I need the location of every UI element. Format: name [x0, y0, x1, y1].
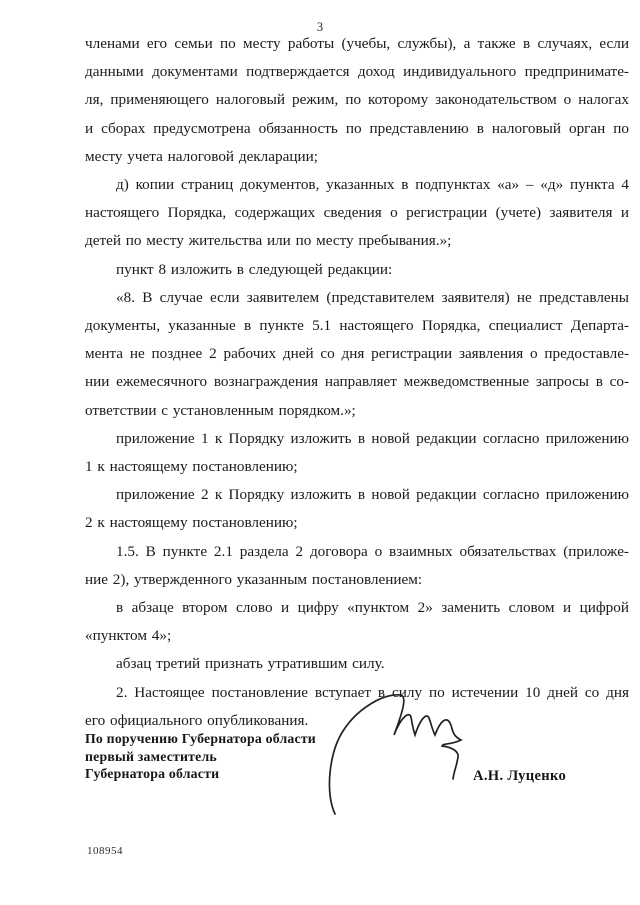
signer-name: А.Н. Луценко	[473, 768, 566, 785]
text-line: 1.5. В пункте 2.1 раздела 2 договора о в…	[85, 538, 629, 566]
text-line: «8. В случае если заявителем (представит…	[85, 284, 629, 312]
text-line: 1 к настоящему постановлению;	[85, 453, 629, 481]
text-line: приложение 1 к Порядку изложить в новой …	[85, 425, 629, 453]
signature-block-line: Губернатора области	[85, 765, 316, 783]
document-body: членами его семьи по месту работы (учебы…	[85, 30, 629, 735]
signature-block: По поручению Губернатора области первый …	[85, 730, 316, 783]
footer-code: 108954	[87, 845, 123, 857]
text-line: д) копии страниц документов, указанных в…	[85, 171, 629, 199]
text-line: ние 2), утвержденного указанным постанов…	[85, 566, 629, 594]
signature-block-line: По поручению Губернатора области	[85, 730, 316, 748]
text-line: ля, применяющего налоговый режим, по кот…	[85, 86, 629, 114]
text-line: документы, указанные в пункте 5.1 настоя…	[85, 312, 629, 340]
signature-block-line: первый заместитель	[85, 748, 316, 766]
text-line: детей по месту жительства или по месту п…	[85, 227, 629, 255]
text-line: ответствии с установленным порядком.»;	[85, 397, 629, 425]
text-line: в абзаце втором слово и цифру «пунктом 2…	[85, 594, 629, 622]
text-line: данными документами подтверждается доход…	[85, 58, 629, 86]
text-line: членами его семьи по месту работы (учебы…	[85, 30, 629, 58]
text-line: месту учета налоговой декларации;	[85, 143, 629, 171]
text-line: мента не позднее 2 рабочих дней со дня р…	[85, 340, 629, 368]
text-line: нии ежемесячного вознаграждения направля…	[85, 368, 629, 396]
text-line: приложение 2 к Порядку изложить в новой …	[85, 481, 629, 509]
document-page: 3 членами его семьи по месту работы (уче…	[0, 0, 640, 905]
text-line: 2 к настоящему постановлению;	[85, 509, 629, 537]
handwritten-signature-icon	[323, 683, 475, 835]
text-line: «пунктом 4»;	[85, 622, 629, 650]
text-line: абзац третий признать утратившим силу.	[85, 650, 629, 678]
text-line: настоящего Порядка, содержащих сведения …	[85, 199, 629, 227]
text-line: пункт 8 изложить в следующей редакции:	[85, 256, 629, 284]
text-line: и сборах предусмотрена обязанность по пр…	[85, 115, 629, 143]
